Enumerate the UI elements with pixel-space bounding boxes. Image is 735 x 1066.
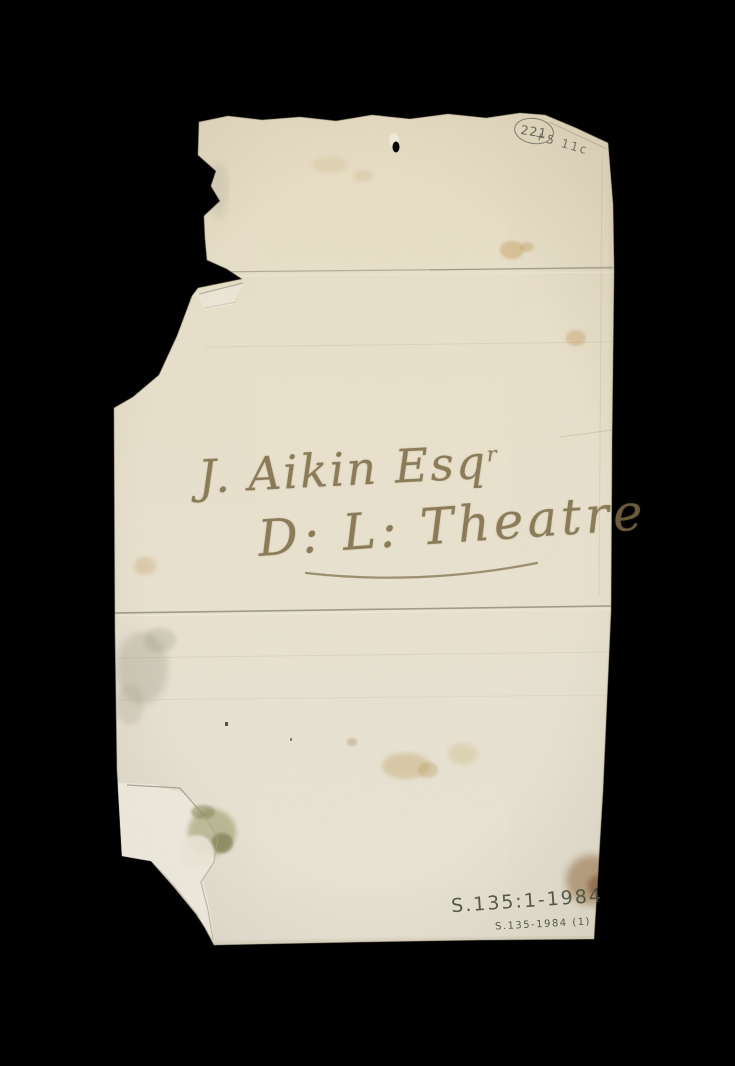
artifact-photo: 221 +5 11c J. Aikin Esqr D: L: Theatre S… — [0, 0, 735, 1066]
letter-paper-graphic — [0, 0, 735, 1066]
